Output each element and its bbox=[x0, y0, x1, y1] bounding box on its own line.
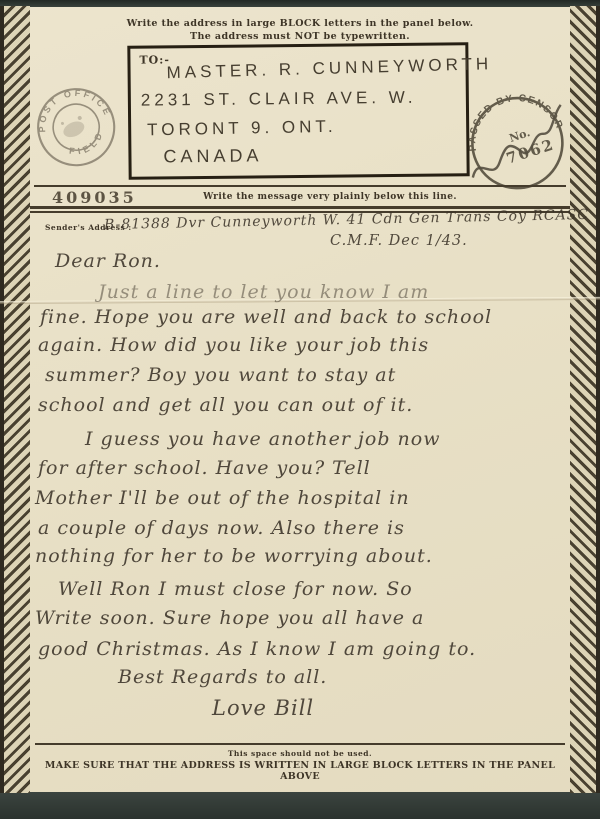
letter-line: good Christmas. As I know I am going to. bbox=[38, 640, 476, 659]
header-instruction-line1: Write the address in large BLOCK letters… bbox=[30, 18, 570, 29]
letter-line: again. How did you like your job this bbox=[38, 336, 429, 355]
address-line-street: 2231 ST. CLAIR AVE. W. bbox=[141, 88, 417, 111]
letter-line: fine. Hope you are well and back to scho… bbox=[40, 308, 492, 327]
letter-line: for after school. Have you? Tell bbox=[38, 459, 371, 478]
letter-line: Mother I'll be out of the hospital in bbox=[35, 489, 410, 508]
footer-warning: MAKE SURE THAT THE ADDRESS IS WRITTEN IN… bbox=[30, 760, 570, 782]
letter-line: summer? Boy you want to stay at bbox=[45, 366, 396, 385]
message-instruction: Write the message very plainly below thi… bbox=[170, 192, 490, 202]
salutation: Dear Ron. bbox=[55, 252, 161, 271]
sender-address-date: C.M.F. Dec 1/43. bbox=[330, 233, 468, 249]
address-line-name: MASTER. R. CUNNEYWORTH bbox=[166, 54, 492, 83]
address-line-country: CANADA bbox=[163, 145, 262, 167]
letter-line: Write soon. Sure hope you all have a bbox=[35, 609, 424, 628]
top-edge bbox=[0, 0, 600, 7]
address-panel: TO:- MASTER. R. CUNNEYWORTH 2231 ST. CLA… bbox=[127, 42, 469, 180]
letter-line: school and get all you can out of it. bbox=[38, 396, 413, 415]
form-serial-number: 409035 bbox=[52, 188, 137, 207]
letter-closing-regards: Best Regards to all. bbox=[118, 668, 327, 687]
footer-rule bbox=[35, 743, 565, 745]
letter-line: a couple of days now. Also there is bbox=[38, 519, 405, 538]
address-line-city: TORONT 9. ONT. bbox=[147, 117, 337, 141]
bottom-edge bbox=[0, 792, 600, 819]
letter-line: Just a line to let you know I am bbox=[98, 283, 429, 302]
letter-signature: Love Bill bbox=[212, 698, 314, 719]
footer-note: This space should not be used. bbox=[30, 749, 570, 758]
header-instruction-line2: The address must NOT be typewritten. bbox=[30, 31, 570, 42]
letter-line: nothing for her to be worrying about. bbox=[35, 547, 433, 566]
letter-line: Well Ron I must close for now. So bbox=[58, 580, 413, 599]
letter-line: I guess you have another job now bbox=[85, 430, 440, 449]
rule-above-serial bbox=[34, 185, 566, 187]
to-label: TO:- bbox=[139, 53, 170, 66]
airmail-letter-scan: Write the address in large BLOCK letters… bbox=[0, 0, 600, 819]
